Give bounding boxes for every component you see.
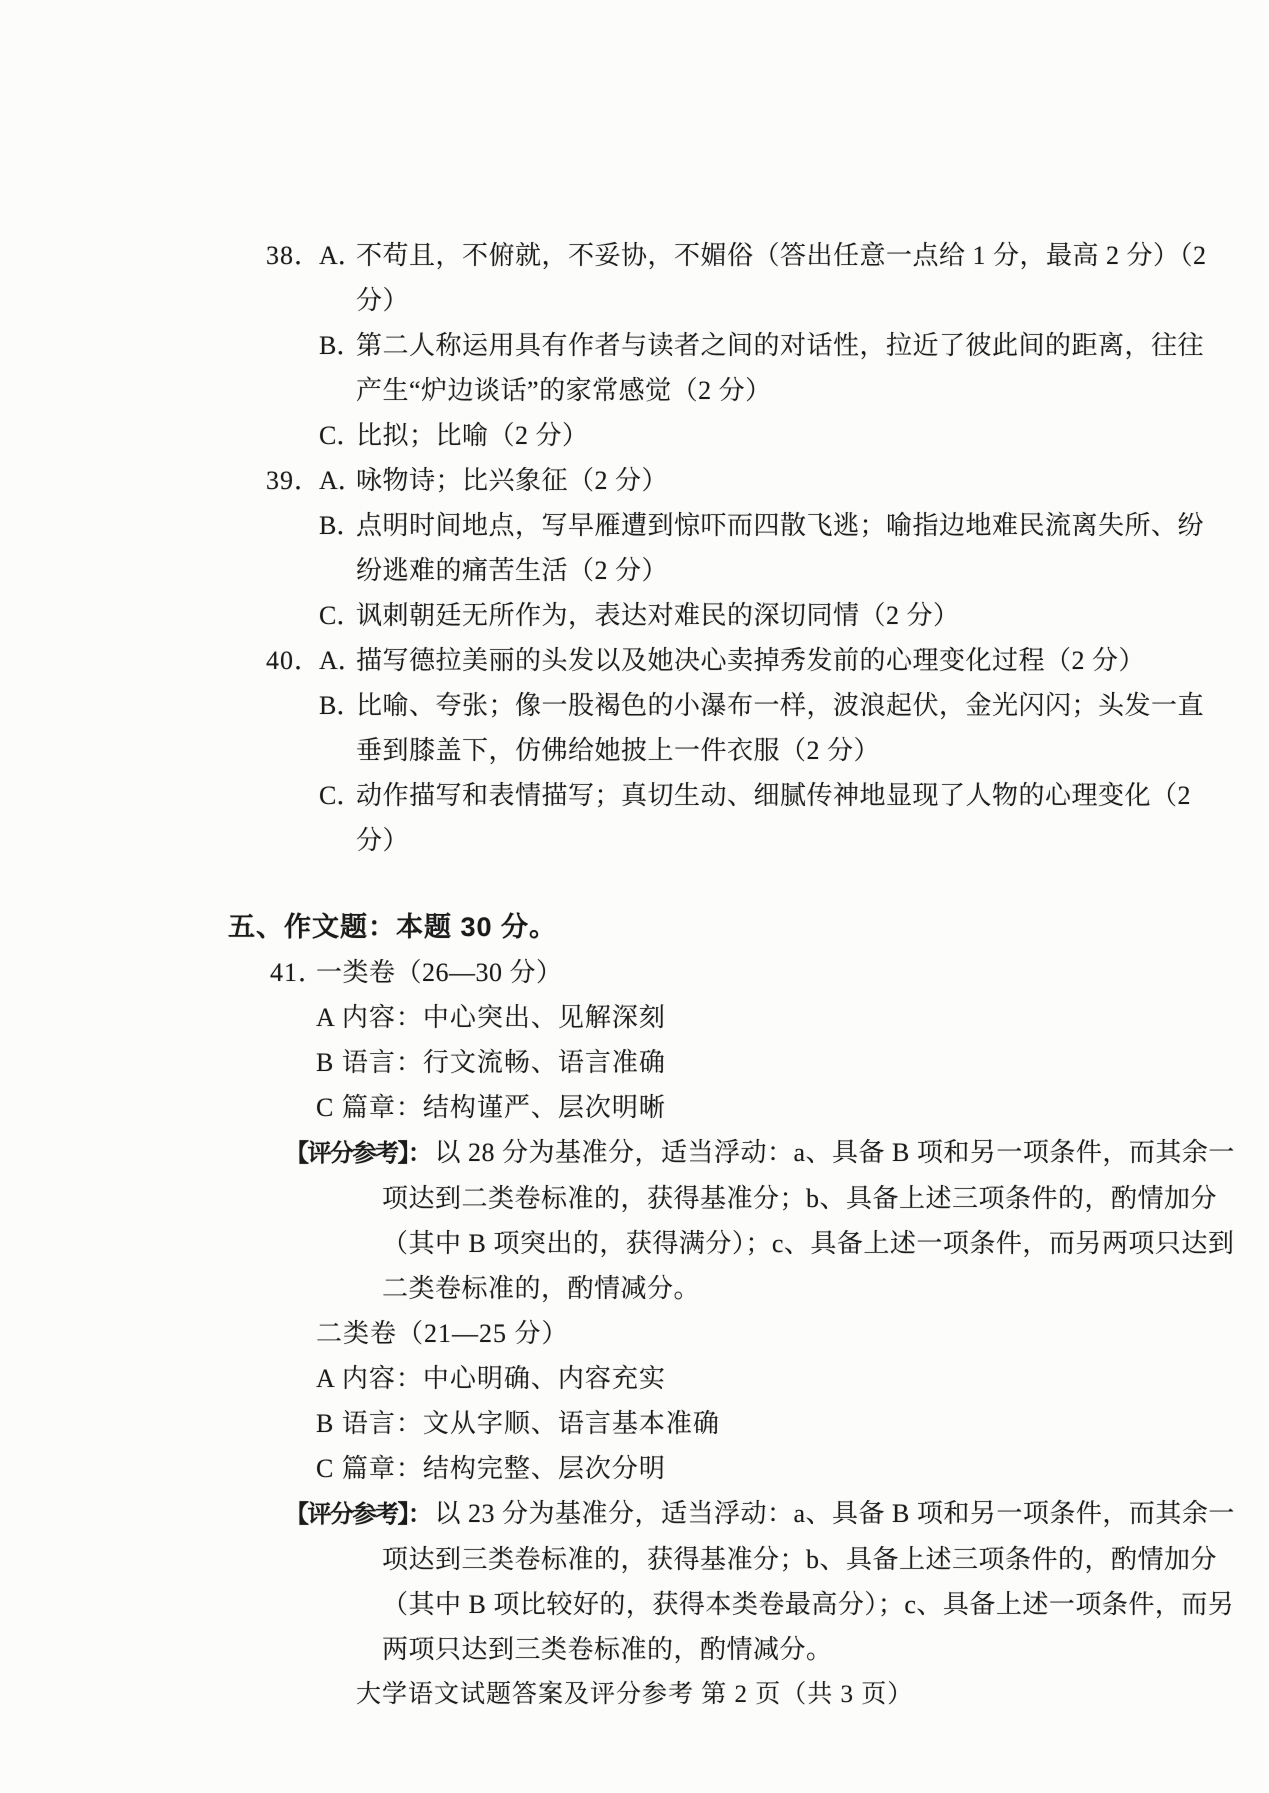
question-number (266, 323, 319, 413)
criteria-line: A 内容：中心明确、内容充实 (270, 1356, 1269, 1401)
scoring-reference: 【评分参考】：以 28 分为基准分，适当浮动：a、具备 B 项和另一项条件，而其… (285, 1130, 1248, 1311)
answer-row: C． 比拟；比喻（2 分） (266, 413, 1269, 458)
scanned-exam-answer-page: 38． A． 不苟且，不俯就，不妥协，不媚俗（答出任意一点给 1 分，最高 2 … (0, 0, 1269, 1793)
part-label: B． (319, 503, 356, 593)
document-body: 38． A． 不苟且，不俯就，不妥协，不媚俗（答出任意一点给 1 分，最高 2 … (0, 233, 1269, 1717)
part-text: 描写德拉美丽的头发以及她决心卖掉秀发前的心理变化过程（2 分） (356, 638, 1214, 683)
scoring-reference-text: 以 23 分为基准分，适当浮动：a、具备 B 项和另一项条件，而其余一项达到三类… (382, 1499, 1235, 1664)
question-number: 39． (266, 458, 319, 503)
answer-row: B． 点明时间地点，写早雁遭到惊吓而四散飞逃；喻指边地难民流离失所、纷纷逃难的痛… (266, 503, 1269, 593)
page-footer: 大学语文试题答案及评分参考 第 2 页（共 3 页） (356, 1672, 1269, 1717)
answers-section: 38． A． 不苟且，不俯就，不妥协，不媚俗（答出任意一点给 1 分，最高 2 … (266, 233, 1269, 863)
scoring-reference-label: 【评分参考】： (285, 1492, 435, 1537)
question-number: 38． (266, 233, 319, 323)
part-text: 比喻、夸张；像一股褐色的小瀑布一样，波浪起伏，金光闪闪；头发一直垂到膝盖下，仿佛… (356, 683, 1214, 773)
section-heading: 五、作文题：本题 30 分。 (228, 905, 1269, 950)
question-number (266, 503, 319, 593)
criteria-line: B 语言：行文流畅、语言准确 (270, 1040, 1269, 1085)
grade-title: 一类卷（26—30 分） (316, 950, 563, 995)
part-label: C． (319, 413, 356, 458)
answer-row: 40． A． 描写德拉美丽的头发以及她决心卖掉秀发前的心理变化过程（2 分） (266, 638, 1269, 683)
criteria-line: A 内容：中心突出、见解深刻 (270, 995, 1269, 1040)
question-number (266, 683, 319, 773)
question-number: 41． (270, 950, 316, 995)
answer-row: B． 第二人称运用具有作者与读者之间的对话性，拉近了彼此间的距离，往往产生“炉边… (266, 323, 1269, 413)
question-number (266, 773, 319, 863)
essay-question-row: 41． 一类卷（26—30 分） (270, 950, 1269, 995)
part-text: 不苟且，不俯就，不妥协，不媚俗（答出任意一点给 1 分，最高 2 分）（2 分） (356, 233, 1214, 323)
scan-artifact-dot (764, 1602, 768, 1606)
scoring-reference-label: 【评分参考】： (285, 1131, 435, 1176)
criteria-line: B 语言：文从字顺、语言基本准确 (270, 1401, 1269, 1446)
part-text: 讽刺朝廷无所作为，表达对难民的深切同情（2 分） (356, 593, 1214, 638)
answer-row: 38． A． 不苟且，不俯就，不妥协，不媚俗（答出任意一点给 1 分，最高 2 … (266, 233, 1269, 323)
answer-row: B． 比喻、夸张；像一股褐色的小瀑布一样，波浪起伏，金光闪闪；头发一直垂到膝盖下… (266, 683, 1269, 773)
part-label: A． (319, 458, 356, 503)
scoring-reference: 【评分参考】：以 23 分为基准分，适当浮动：a、具备 B 项和另一项条件，而其… (285, 1491, 1248, 1672)
answer-row: C． 讽刺朝廷无所作为，表达对难民的深切同情（2 分） (266, 593, 1269, 638)
part-label: C． (319, 773, 356, 863)
part-text: 咏物诗；比兴象征（2 分） (356, 458, 1214, 503)
part-text: 动作描写和表情描写；真切生动、细腻传神地显现了人物的心理变化（2 分） (356, 773, 1214, 863)
criteria-line: C 篇章：结构完整、层次分明 (270, 1446, 1269, 1491)
essay-grading-section: 41． 一类卷（26—30 分） A 内容：中心突出、见解深刻 B 语言：行文流… (270, 950, 1269, 1672)
part-label: A． (319, 638, 356, 683)
grade-title: 二类卷（21—25 分） (270, 1311, 1269, 1356)
criteria-line: C 篇章：结构谨严、层次明晰 (270, 1085, 1269, 1130)
scoring-reference-text: 以 28 分为基准分，适当浮动：a、具备 B 项和另一项条件，而其余一项达到二类… (382, 1138, 1235, 1303)
part-text: 第二人称运用具有作者与读者之间的对话性，拉近了彼此间的距离，往往产生“炉边谈话”… (356, 323, 1214, 413)
answer-row: 39． A． 咏物诗；比兴象征（2 分） (266, 458, 1269, 503)
answer-row: C． 动作描写和表情描写；真切生动、细腻传神地显现了人物的心理变化（2 分） (266, 773, 1269, 863)
question-number: 40． (266, 638, 319, 683)
question-number (266, 593, 319, 638)
part-label: B． (319, 683, 356, 773)
part-text: 点明时间地点，写早雁遭到惊吓而四散飞逃；喻指边地难民流离失所、纷纷逃难的痛苦生活… (356, 503, 1214, 593)
part-label: B． (319, 323, 356, 413)
part-label: A． (319, 233, 356, 323)
part-label: C． (319, 593, 356, 638)
question-number (266, 413, 319, 458)
part-text: 比拟；比喻（2 分） (356, 413, 1214, 458)
